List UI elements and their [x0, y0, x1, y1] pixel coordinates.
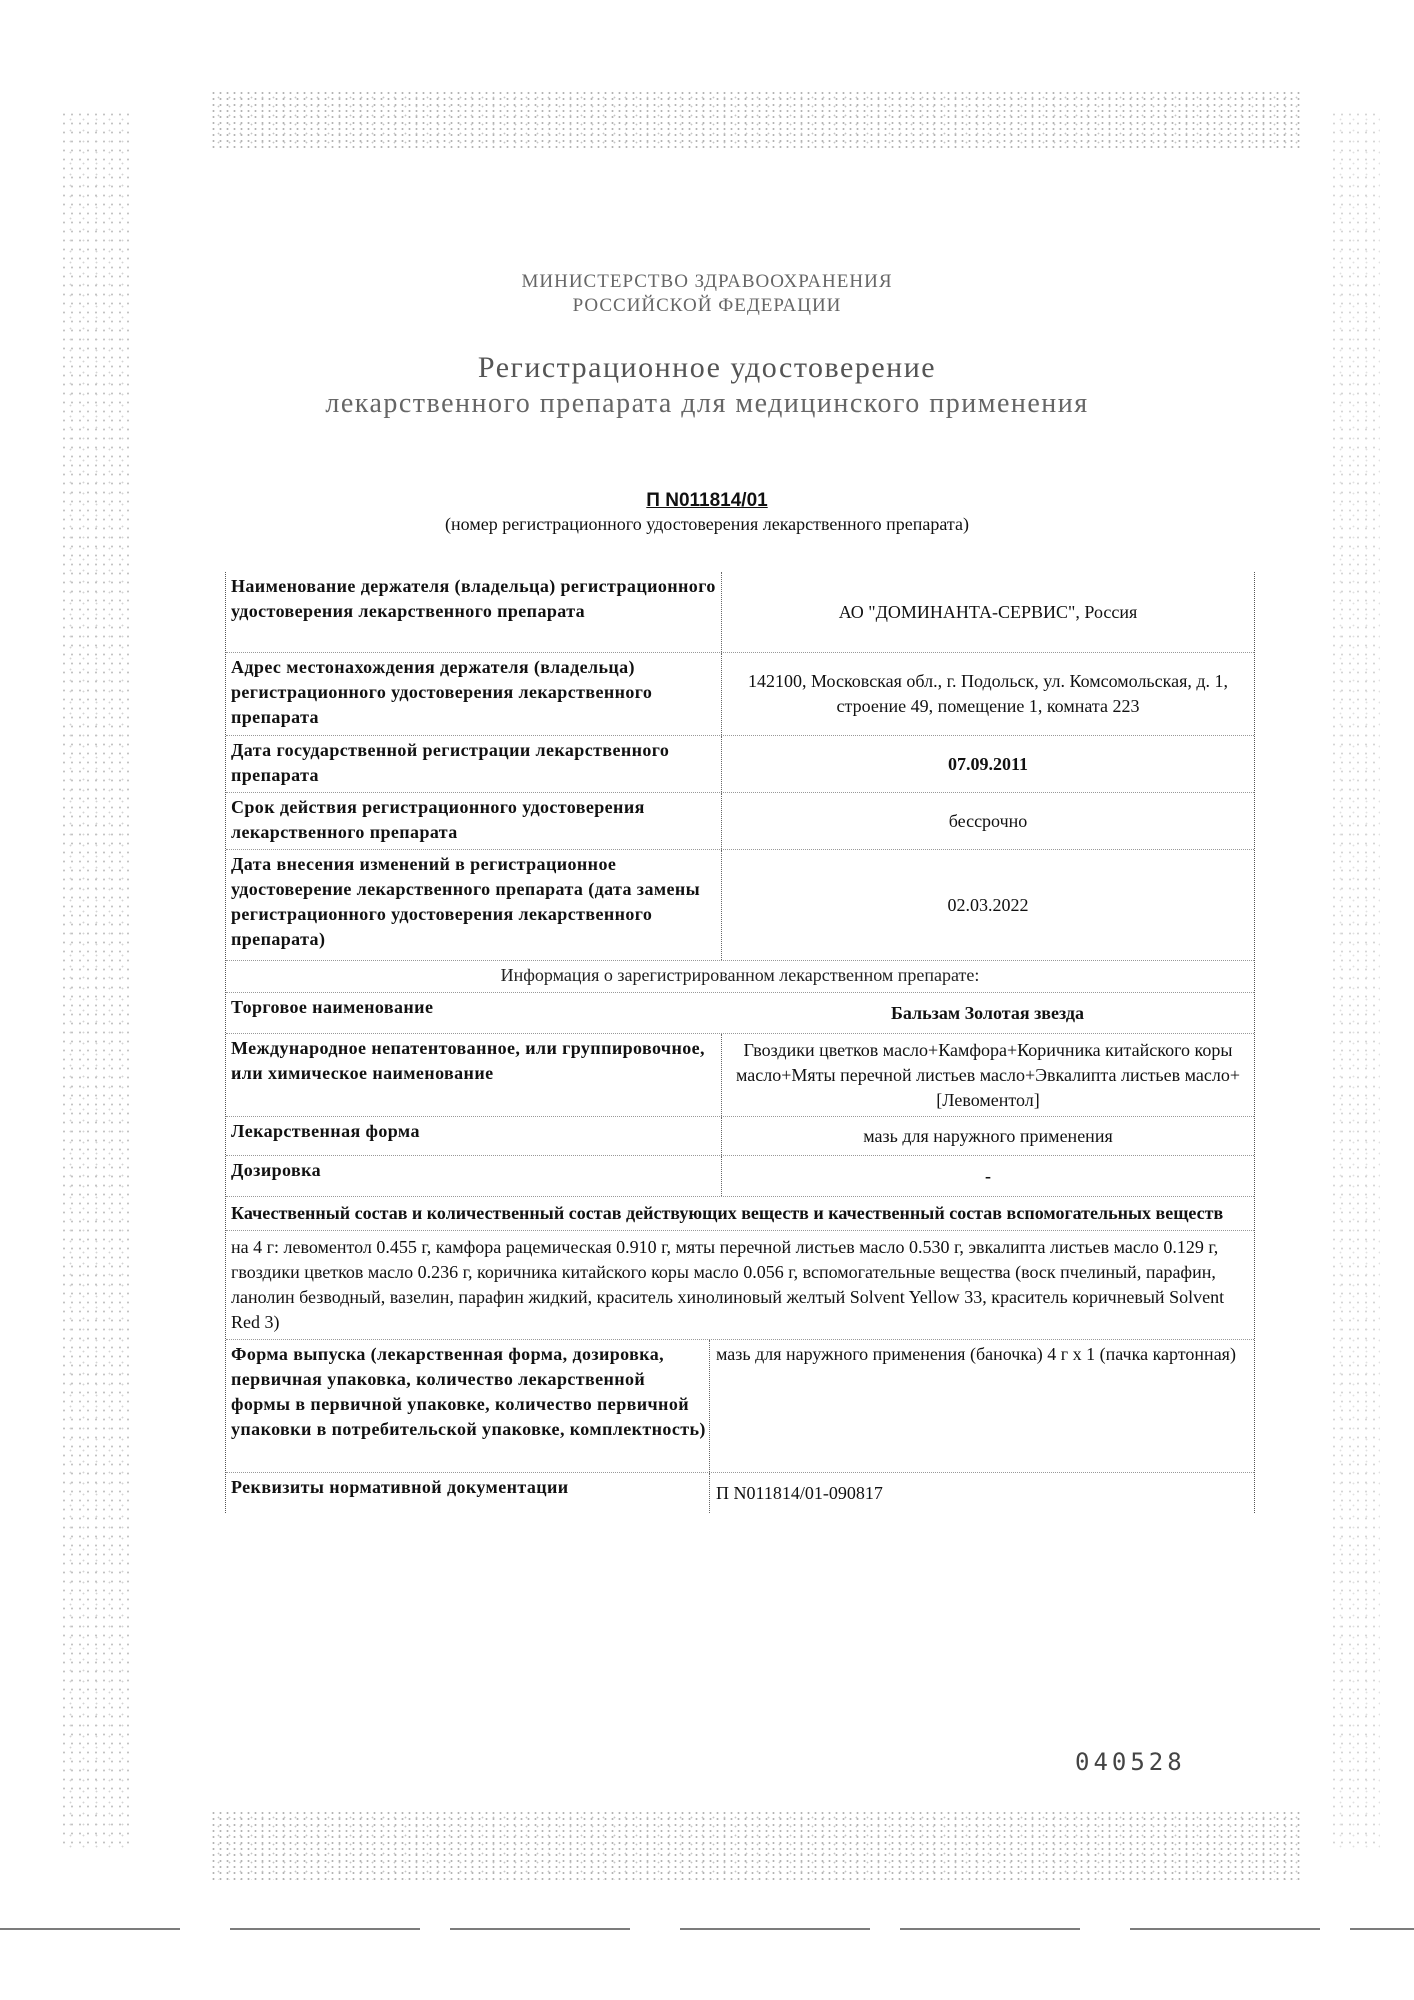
row-value: П N011814/01-090817: [709, 1473, 1254, 1513]
info-caption: Информация о зарегистрированном лекарств…: [226, 961, 1254, 992]
row-label: Дата государственной регистрации лекарст…: [226, 736, 721, 792]
document-title: Регистрационное удостоверение: [0, 350, 1414, 386]
row-label: Дозировка: [226, 1156, 721, 1196]
composition-title: Качественный состав и количественный сос…: [231, 1201, 1249, 1226]
certificate-table: Наименование держателя (владельца) регис…: [225, 572, 1255, 1513]
row-label: Наименование держателя (владельца) регис…: [226, 572, 721, 652]
table-row-composition: Качественный состав и количественный сос…: [226, 1197, 1254, 1231]
table-row-registration-date: Дата государственной регистрации лекарст…: [226, 736, 1254, 793]
registration-number-block: П N011814/01 (номер регистрационного удо…: [0, 490, 1414, 535]
row-value: -: [721, 1156, 1254, 1196]
row-value: АО "ДОМИНАНТА-СЕРВИС", Россия: [721, 572, 1254, 652]
registration-number-caption: (номер регистрационного удостоверения ле…: [0, 514, 1414, 535]
composition-text: на 4 г: левоментол 0.455 г, камфора раце…: [226, 1231, 1254, 1339]
row-value: бессрочно: [721, 793, 1254, 849]
table-row-holder-address: Адрес местонахождения держателя (владель…: [226, 653, 1254, 736]
table-row-inn: Международное непатентованное, или групп…: [226, 1034, 1254, 1117]
row-label: Лекарственная форма: [226, 1117, 721, 1155]
row-label: Форма выпуска (лекарственная форма, дози…: [226, 1340, 709, 1472]
table-row-info-caption: Информация о зарегистрированном лекарств…: [226, 961, 1254, 993]
ministry-name-line2: РОССИЙСКОЙ ФЕДЕРАЦИИ: [0, 294, 1414, 318]
table-row-holder-name: Наименование держателя (владельца) регис…: [226, 572, 1254, 653]
guilloche-top: [210, 90, 1300, 150]
row-value: мазь для наружного применения: [721, 1117, 1254, 1155]
row-value: 02.03.2022: [721, 850, 1254, 960]
table-row-dosage: Дозировка -: [226, 1156, 1254, 1197]
row-value: 07.09.2011: [721, 736, 1254, 792]
footer-rule: [0, 1928, 1414, 1930]
ministry-name-line1: МИНИСТЕРСТВО ЗДРАВООХРАНЕНИЯ: [0, 270, 1414, 294]
registration-number: П N011814/01: [0, 490, 1414, 512]
document-subtitle: лекарственного препарата для медицинског…: [0, 386, 1414, 422]
form-serial-number: 040528: [1075, 1748, 1186, 1776]
table-row-dosage-form: Лекарственная форма мазь для наружного п…: [226, 1117, 1254, 1156]
document-header: МИНИСТЕРСТВО ЗДРАВООХРАНЕНИЯ РОССИЙСКОЙ …: [0, 270, 1414, 422]
row-label: Торговое наименование: [226, 993, 721, 1033]
table-row-change-date: Дата внесения изменений в регистрационно…: [226, 850, 1254, 961]
table-row-composition-text: на 4 г: левоментол 0.455 г, камфора раце…: [226, 1231, 1254, 1340]
row-label: Срок действия регистрационного удостовер…: [226, 793, 721, 849]
row-value: мазь для наружного применения (баночка) …: [709, 1340, 1254, 1472]
table-row-trade-name: Торговое наименование Бальзам Золотая зв…: [226, 993, 1254, 1034]
table-row-regulatory-docs: Реквизиты нормативной документации П N01…: [226, 1473, 1254, 1513]
row-label: Адрес местонахождения держателя (владель…: [226, 653, 721, 735]
row-value: Бальзам Золотая звезда: [721, 993, 1254, 1033]
row-label: Реквизиты нормативной документации: [226, 1473, 709, 1513]
row-label: Международное непатентованное, или групп…: [226, 1034, 721, 1116]
table-row-validity: Срок действия регистрационного удостовер…: [226, 793, 1254, 850]
row-value: 142100, Московская обл., г. Подольск, ул…: [721, 653, 1254, 735]
row-value: Гвоздики цветков масло+Камфора+Коричника…: [721, 1034, 1254, 1116]
guilloche-bottom: [210, 1810, 1300, 1880]
table-row-release-form: Форма выпуска (лекарственная форма, дози…: [226, 1340, 1254, 1473]
row-label: Дата внесения изменений в регистрационно…: [226, 850, 721, 960]
